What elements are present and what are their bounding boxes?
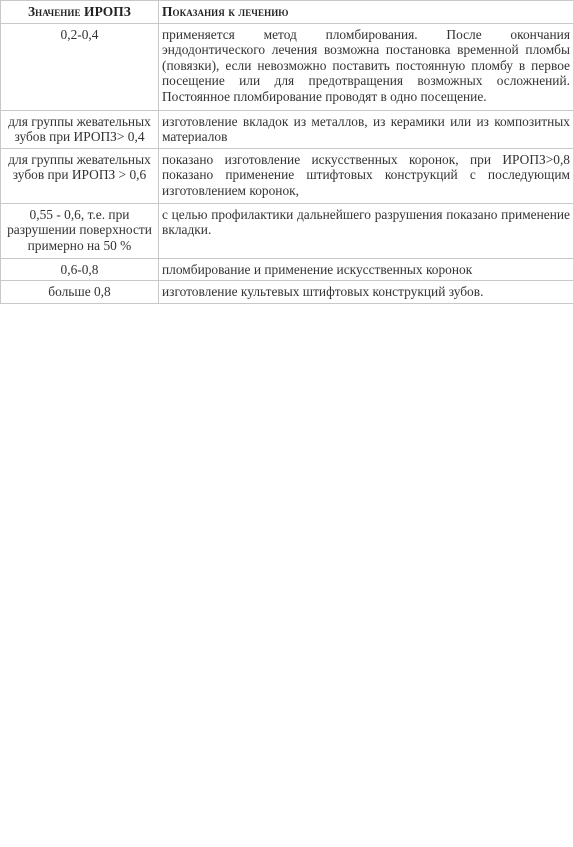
table-row: для группы жевательных зубов при ИРОПЗ> …: [1, 110, 573, 148]
indication-cell: пломбирование и применение искусственных…: [159, 258, 573, 281]
iropz-value-cell: 0,2-0,4: [1, 23, 159, 110]
table-header-row: Значение ИРОПЗ Показания к лечению: [1, 1, 573, 24]
indication-cell: изготовление вкладок из металлов, из кер…: [159, 110, 573, 148]
indication-cell: изготовление культевых штифтовых констру…: [159, 281, 573, 304]
table-row: 0,55 - 0,6, т.е. при разрушении поверхно…: [1, 203, 573, 258]
indication-cell: показано изготовление искусственных коро…: [159, 148, 573, 203]
iropz-treatment-table: Значение ИРОПЗ Показания к лечению 0,2-0…: [0, 0, 573, 304]
table-row: 0,6-0,8 пломбирование и применение искус…: [1, 258, 573, 281]
table-row: больше 0,8 изготовление культевых штифто…: [1, 281, 573, 304]
header-iropz-value: Значение ИРОПЗ: [1, 1, 159, 24]
iropz-value-cell: 0,6-0,8: [1, 258, 159, 281]
iropz-value-cell: для группы жевательных зубов при ИРОПЗ >…: [1, 148, 159, 203]
table-row: 0,2-0,4 применяется метод пломбирования.…: [1, 23, 573, 110]
header-treatment-indications: Показания к лечению: [159, 1, 573, 24]
indication-cell: применяется метод пломбирования. После о…: [159, 23, 573, 110]
header-iropz-value-text: Значение ИРОПЗ: [28, 4, 131, 19]
header-treatment-indications-text: Показания к лечению: [162, 4, 289, 19]
iropz-value-cell: больше 0,8: [1, 281, 159, 304]
indication-cell: с целью профилактики дальнейшего разруше…: [159, 203, 573, 258]
table-row: для группы жевательных зубов при ИРОПЗ >…: [1, 148, 573, 203]
iropz-value-cell: 0,55 - 0,6, т.е. при разрушении поверхно…: [1, 203, 159, 258]
iropz-value-cell: для группы жевательных зубов при ИРОПЗ> …: [1, 110, 159, 148]
